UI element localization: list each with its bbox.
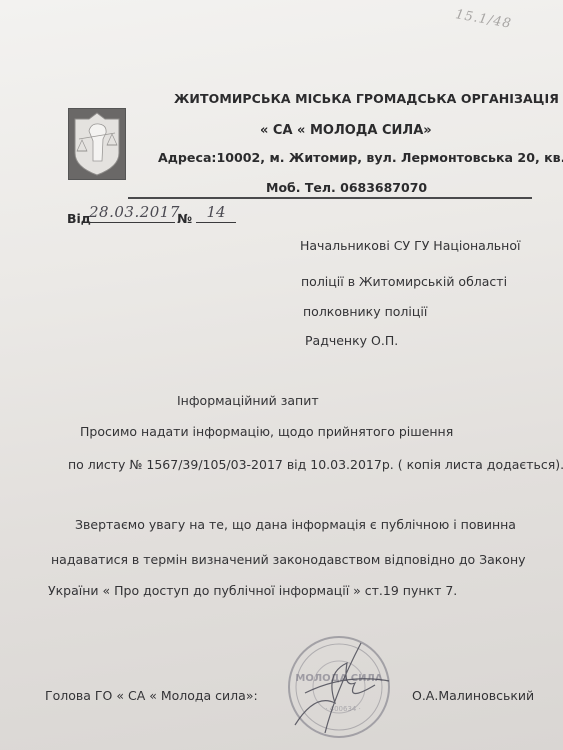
organization-address: Адреса:10002, м. Житомир, вул. Лермонтов… <box>158 150 563 165</box>
signer-role: Голова ГО « СА « Молода сила»: <box>45 688 258 703</box>
organization-phone: Моб. Тел. 0683687070 <box>266 180 427 195</box>
paragraph-line: України « Про доступ до публічної інформ… <box>48 583 457 598</box>
paragraph-line: Просимо надати інформацію, щодо прийнято… <box>80 424 453 439</box>
svg-text:· 400634 ·: · 400634 · <box>325 705 361 713</box>
signer-name: О.А.Малиновський <box>412 688 534 703</box>
organization-title: ЖИТОМИРСЬКА МІСЬКА ГРОМАДСЬКА ОРГАНІЗАЦІ… <box>174 91 559 106</box>
date-label: Від <box>67 211 91 226</box>
addressee-line: поліції в Житомирській області <box>301 274 507 289</box>
number-label: № <box>177 211 192 226</box>
paragraph-line: Звертаємо увагу на те, що дана інформаці… <box>75 517 516 532</box>
outgoing-date: 28.03.2017 <box>89 203 175 223</box>
addressee-line: Радченку О.П. <box>305 333 398 348</box>
round-seal-stamp-icon: МОЛОДА СИЛА · 400634 · <box>285 633 393 741</box>
addressee-line: Начальникові СУ ГУ Національної <box>300 238 520 253</box>
document-subject: Інформаційний запит <box>177 393 319 408</box>
paragraph-line: по листу № 1567/39/105/03-2017 від 10.03… <box>68 457 563 472</box>
organization-name: « СА « МОЛОДА СИЛА» <box>260 123 432 138</box>
shield-fist-scales-icon <box>68 108 126 180</box>
handwritten-corner-note: 15.1/48 <box>454 7 513 32</box>
paragraph-line: надаватися в термін визначений законодав… <box>51 552 526 567</box>
outgoing-number: 14 <box>196 203 236 223</box>
addressee-line: полковнику поліції <box>303 304 427 319</box>
header-divider <box>128 197 532 199</box>
